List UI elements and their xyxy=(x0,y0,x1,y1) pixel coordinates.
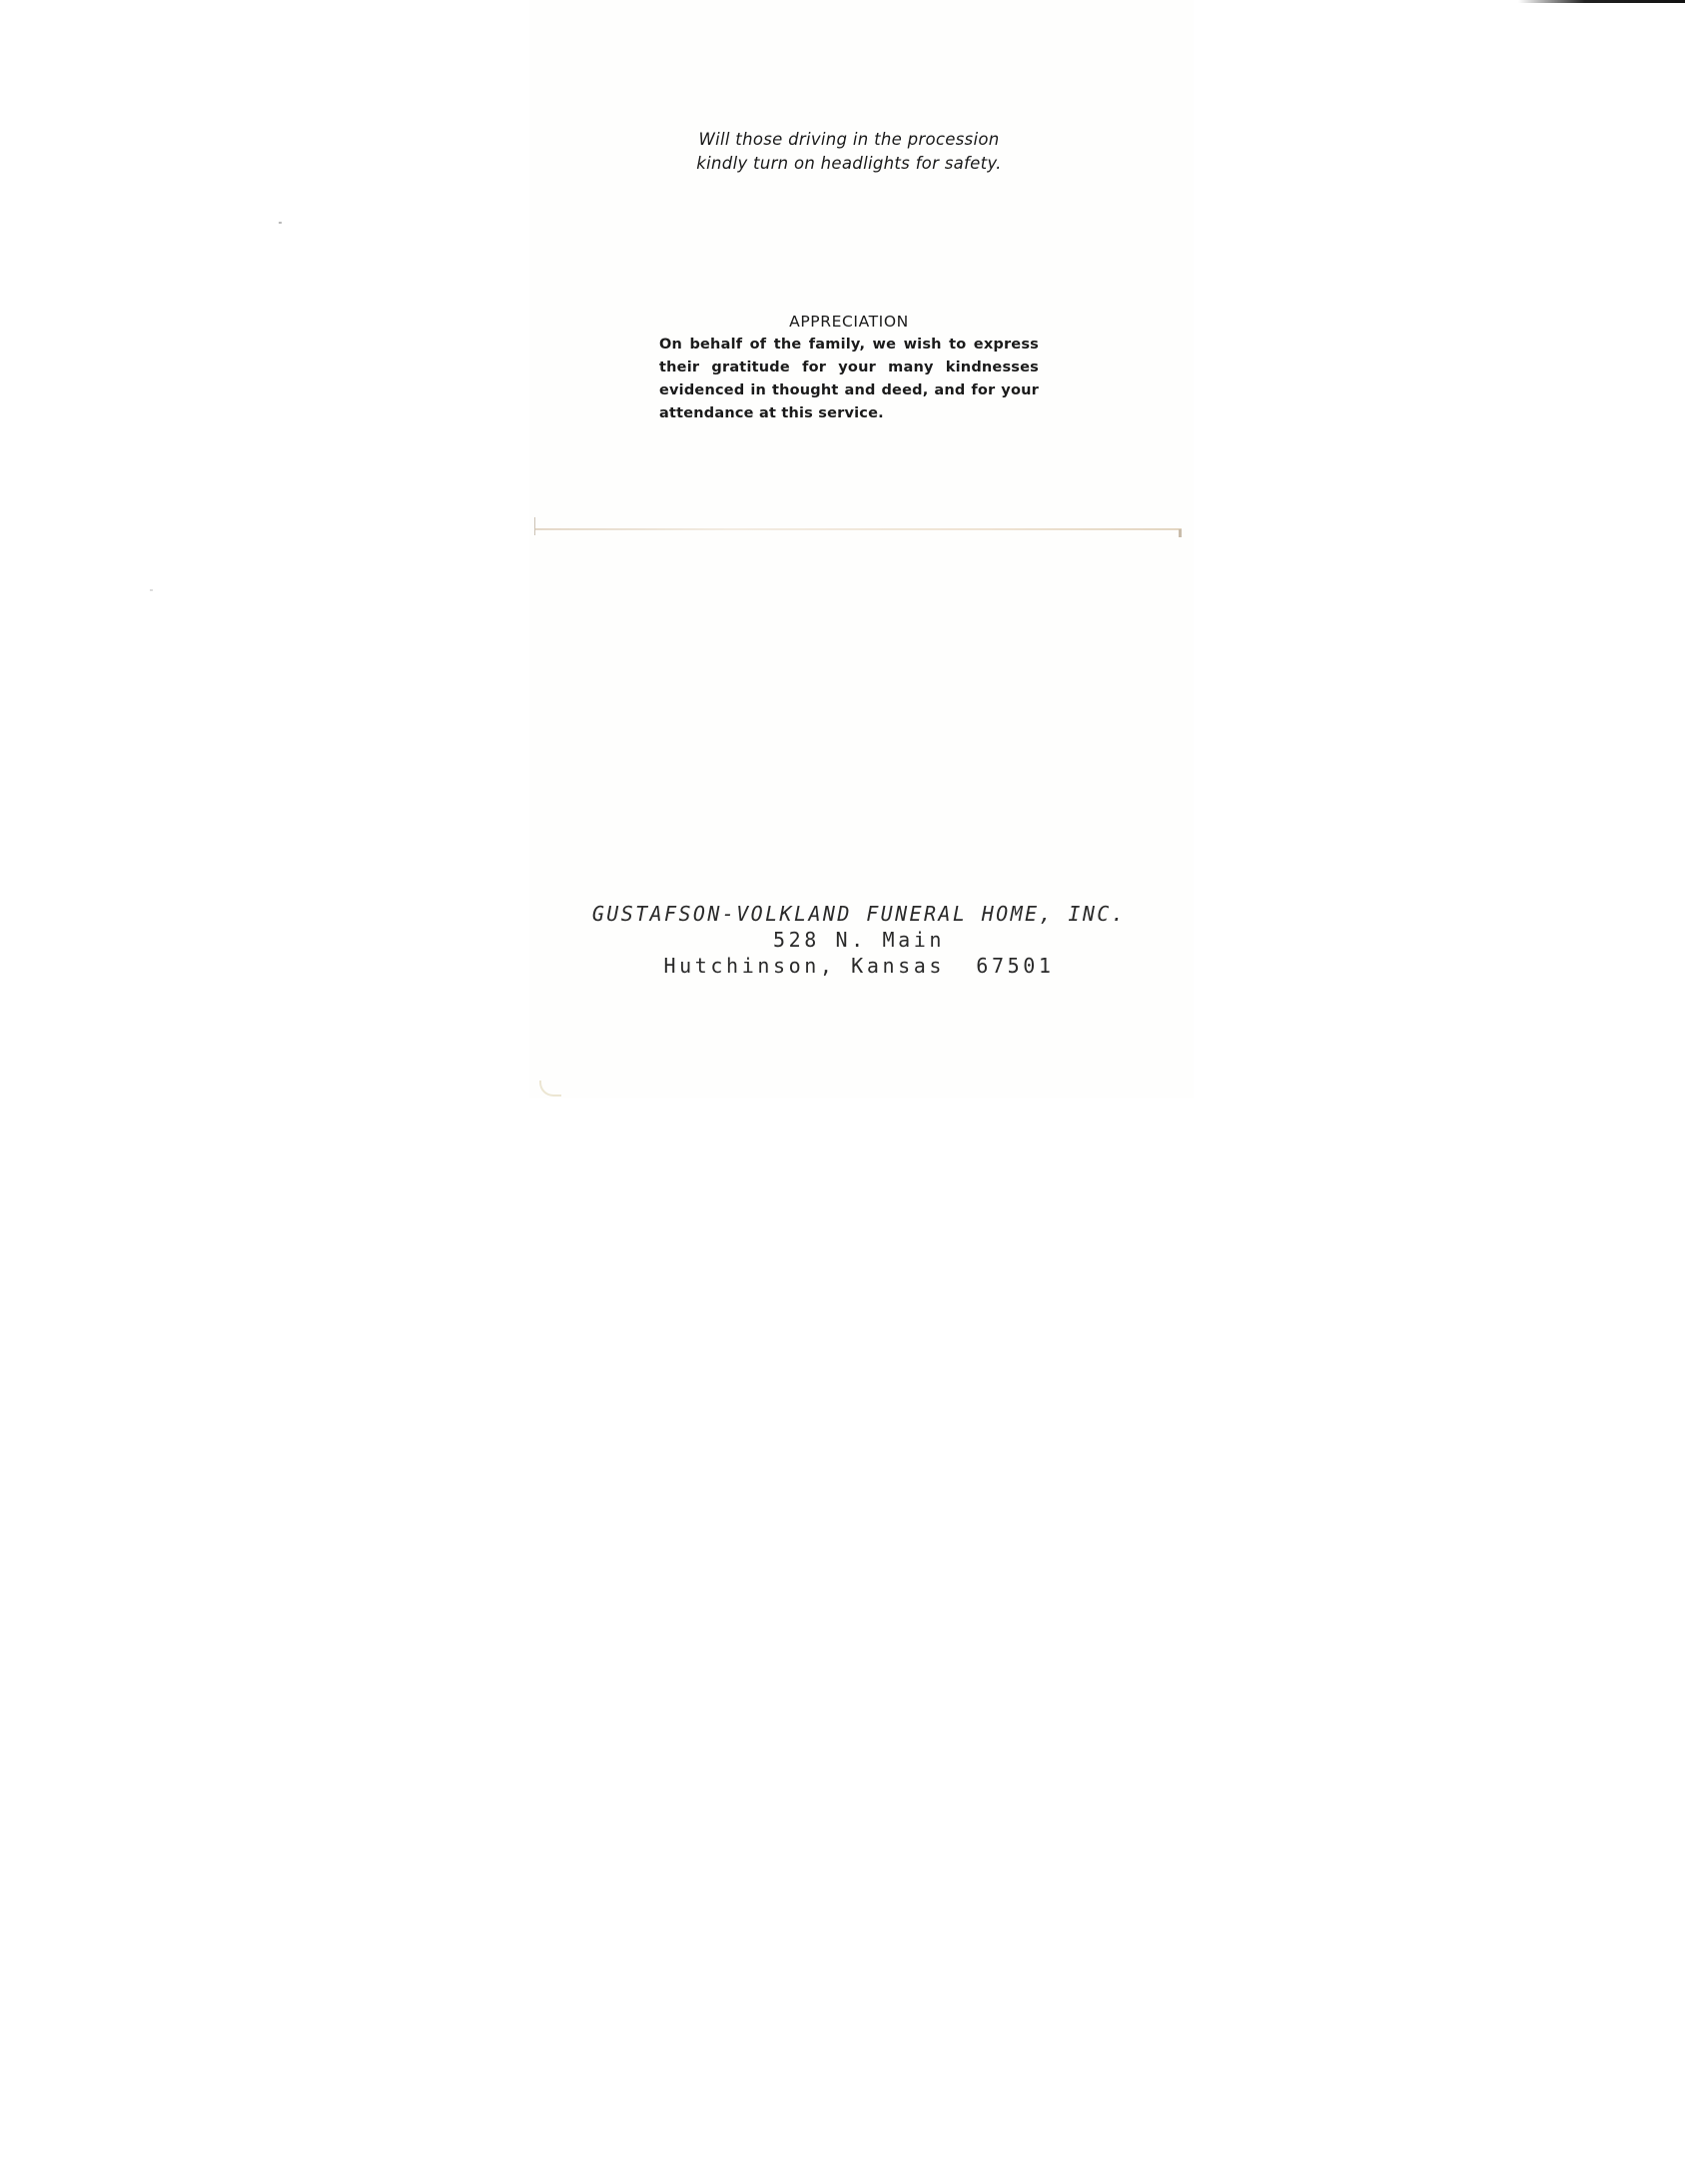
scan-edge-artifact xyxy=(1518,0,1685,3)
funeral-home-name: GUSTAFSON-VOLKLAND FUNERAL HOME, INC. xyxy=(559,901,1159,927)
fold-mark-left xyxy=(534,517,535,535)
appreciation-section: APPRECIATION On behalf of the family, we… xyxy=(659,311,1039,425)
procession-notice: Will those driving in the procession kin… xyxy=(599,128,1099,176)
scan-speck xyxy=(279,222,282,224)
funeral-home-city: Hutchinson, Kansas 67501 xyxy=(559,953,1159,979)
appreciation-heading: APPRECIATION xyxy=(659,311,1039,334)
procession-line-2: kindly turn on headlights for safety. xyxy=(599,152,1099,176)
fold-mark-right xyxy=(1179,529,1182,537)
procession-line-1: Will those driving in the procession xyxy=(599,128,1099,152)
funeral-home-address: GUSTAFSON-VOLKLAND FUNERAL HOME, INC. 52… xyxy=(559,901,1159,979)
fold-line xyxy=(535,528,1182,530)
scan-speck xyxy=(150,589,153,591)
appreciation-body: On behalf of the family, we wish to expr… xyxy=(659,334,1039,425)
funeral-home-street: 528 N. Main xyxy=(559,927,1159,953)
